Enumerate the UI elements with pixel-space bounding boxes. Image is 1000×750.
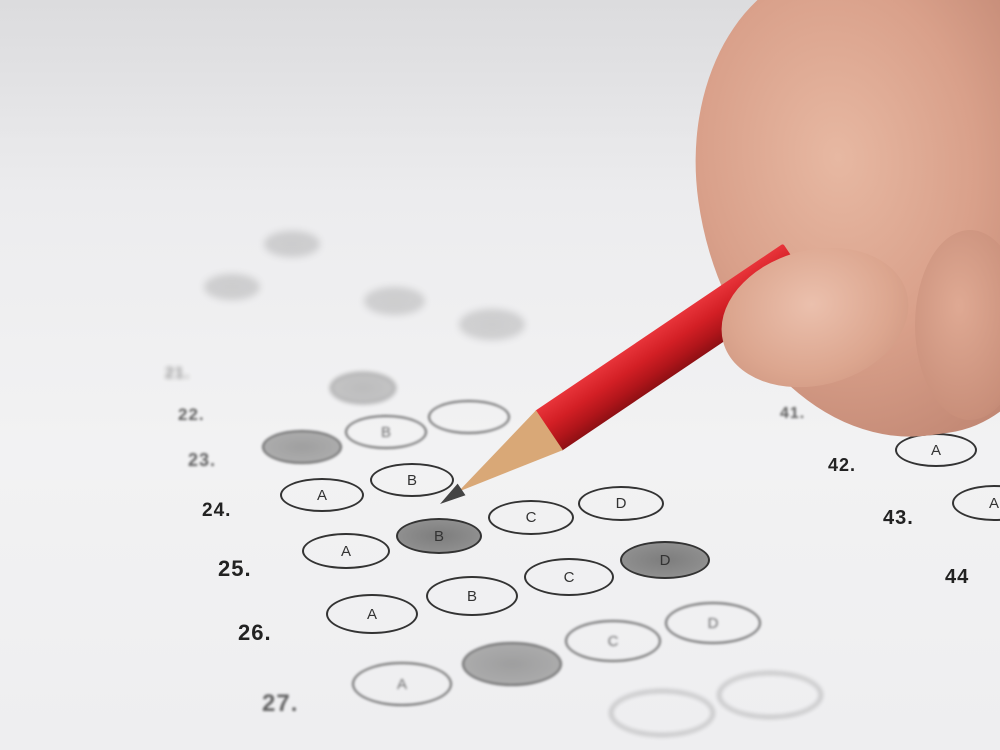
bubble-25-C[interactable]: C bbox=[524, 558, 614, 596]
row-number-23: 23. bbox=[188, 450, 216, 471]
row-number-27: 27. bbox=[262, 690, 298, 718]
filled-bubble bbox=[205, 275, 259, 299]
row-number-42: 42. bbox=[828, 455, 856, 476]
bubble-27-D[interactable] bbox=[718, 672, 822, 718]
row-number-25: 25. bbox=[218, 556, 252, 582]
photo-scene: 21. 22. 23. B 24. A B C D 25. A B C D 26… bbox=[0, 0, 1000, 750]
bubble-26-B[interactable]: B bbox=[426, 576, 518, 616]
bubble-23-C[interactable] bbox=[428, 400, 510, 434]
row-number-44: 44 bbox=[945, 566, 969, 589]
bubble-26-A[interactable]: A bbox=[326, 594, 418, 634]
filled-bubble bbox=[330, 372, 396, 404]
bubble-25-B[interactable]: B bbox=[396, 518, 482, 554]
bubble-26-D[interactable]: D bbox=[665, 602, 761, 644]
bubble-43-A[interactable]: A bbox=[952, 485, 1000, 521]
row-number-41: 41. bbox=[780, 405, 805, 423]
filled-bubble bbox=[460, 310, 524, 339]
bubble-24-C[interactable]: C bbox=[488, 500, 574, 535]
row-number-22: 22. bbox=[178, 405, 205, 425]
bubble-25-A[interactable]: A bbox=[302, 533, 390, 569]
filled-bubble bbox=[365, 288, 424, 314]
row-number-24: 24. bbox=[202, 500, 231, 522]
bubble-42-A[interactable]: A bbox=[895, 433, 977, 467]
bubble-24-D[interactable]: D bbox=[578, 486, 664, 521]
filled-bubble bbox=[265, 232, 319, 256]
row-number-26: 26. bbox=[238, 620, 272, 646]
bubble-25-D[interactable]: D bbox=[620, 541, 710, 579]
bubble-24-A[interactable]: A bbox=[280, 478, 364, 512]
row-number-43: 43. bbox=[883, 507, 914, 530]
bubble-27-C[interactable] bbox=[610, 690, 714, 736]
row-number-21: 21. bbox=[165, 365, 190, 383]
bubble-27-A[interactable]: A bbox=[352, 662, 452, 706]
bubble-26-C[interactable]: C bbox=[565, 620, 661, 662]
bubble-23-A[interactable] bbox=[262, 430, 342, 464]
bubble-23-B[interactable]: B bbox=[345, 415, 427, 449]
bubble-27-B[interactable] bbox=[462, 642, 562, 686]
